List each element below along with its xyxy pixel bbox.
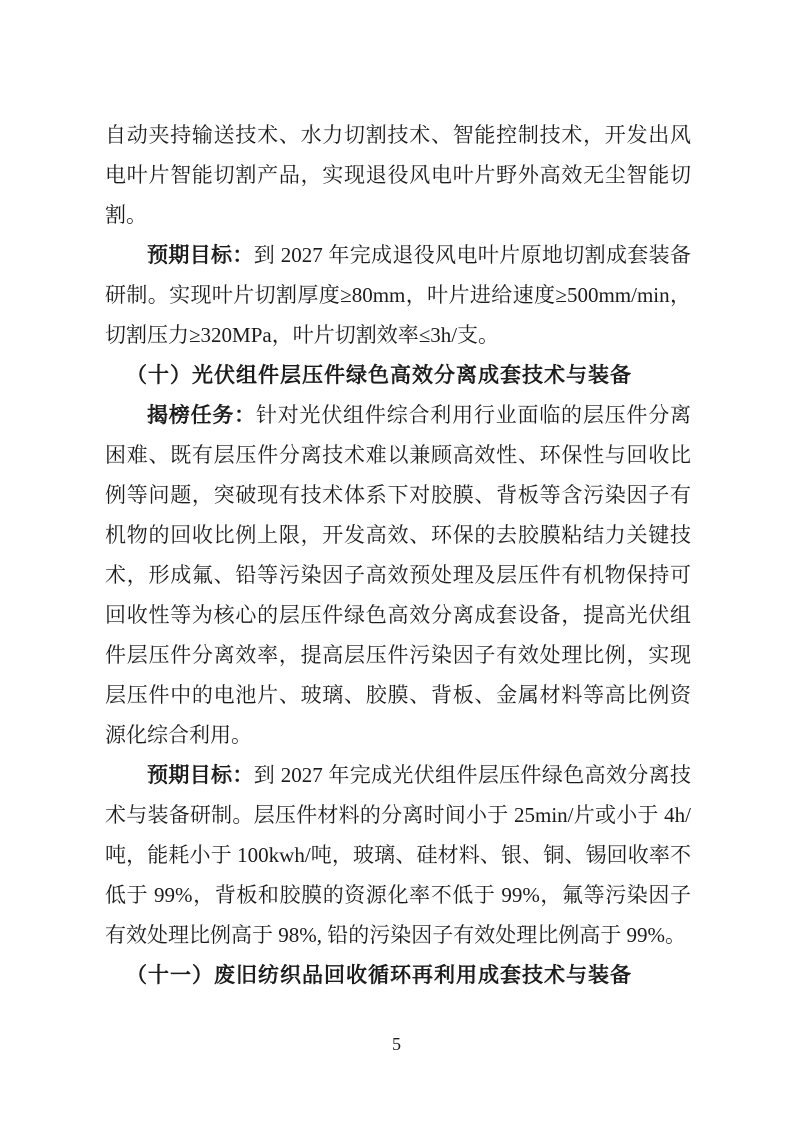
section-heading-11: （十一）废旧纺织品回收循环再利用成套技术与装备 — [105, 955, 691, 995]
page-number: 5 — [392, 1034, 401, 1054]
heading-text: （十）光伏组件层压件绿色高效分离成套技术与装备 — [126, 363, 632, 387]
heading-text: （十一）废旧纺织品回收循环再利用成套技术与装备 — [126, 963, 632, 987]
paragraph-expected-goal-1: 预期目标：到 2027 年完成退役风电叶片原地切割成套装备研制。实现叶片切割厚度… — [105, 235, 691, 355]
section-heading-10: （十）光伏组件层压件绿色高效分离成套技术与装备 — [105, 355, 691, 395]
paragraph-text: 自动夹持输送技术、水力切割技术、智能控制技术，开发出风电叶片智能切割产品，实现退… — [105, 123, 691, 227]
paragraph-text: 针对光伏组件综合利用行业面临的层压件分离困难、既有层压件分离技术难以兼顾高效性、… — [105, 403, 691, 747]
paragraph-text: 到 2027 年完成光伏组件层压件绿色高效分离技术与装备研制。层压件材料的分离时… — [105, 763, 691, 947]
expected-goal-label: 预期目标： — [147, 763, 254, 787]
document-page: 自动夹持输送技术、水力切割技术、智能控制技术，开发出风电叶片智能切割产品，实现退… — [0, 0, 793, 1122]
paragraph-task: 揭榜任务：针对光伏组件综合利用行业面临的层压件分离困难、既有层压件分离技术难以兼… — [105, 395, 691, 755]
paragraph-expected-goal-2: 预期目标：到 2027 年完成光伏组件层压件绿色高效分离技术与装备研制。层压件材… — [105, 755, 691, 955]
page-footer: 5 — [0, 1032, 793, 1056]
task-label: 揭榜任务： — [147, 403, 256, 427]
expected-goal-label: 预期目标： — [147, 243, 254, 267]
paragraph-continuation: 自动夹持输送技术、水力切割技术、智能控制技术，开发出风电叶片智能切割产品，实现退… — [105, 115, 691, 235]
document-body: 自动夹持输送技术、水力切割技术、智能控制技术，开发出风电叶片智能切割产品，实现退… — [105, 115, 691, 995]
